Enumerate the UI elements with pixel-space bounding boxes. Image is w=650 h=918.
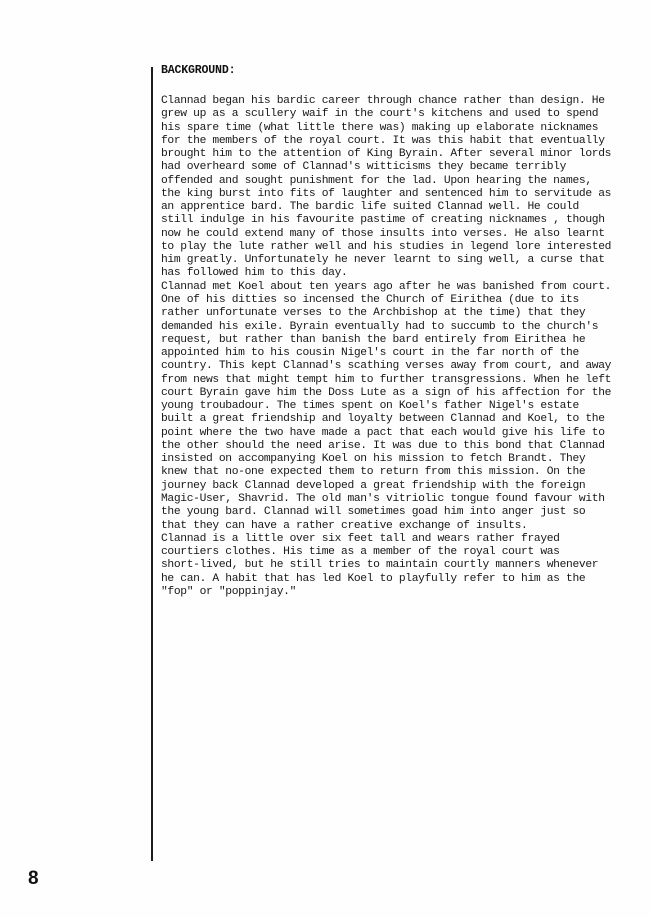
document-content: BACKGROUND: Clannad began his bardic car…	[161, 64, 643, 599]
paragraph-career-origins: Clannad began his bardic career through …	[161, 95, 643, 281]
left-margin-rule	[151, 67, 153, 861]
paragraph-koel-history: Clannad met Koel about ten years ago aft…	[161, 281, 643, 533]
body-text: Clannad began his bardic career through …	[161, 95, 643, 599]
background-heading: BACKGROUND:	[161, 64, 643, 78]
page-number: 8	[28, 868, 39, 890]
paragraph-appearance: Clannad is a little over six feet tall a…	[161, 533, 643, 599]
scanned-document-page: BACKGROUND: Clannad began his bardic car…	[0, 0, 650, 918]
